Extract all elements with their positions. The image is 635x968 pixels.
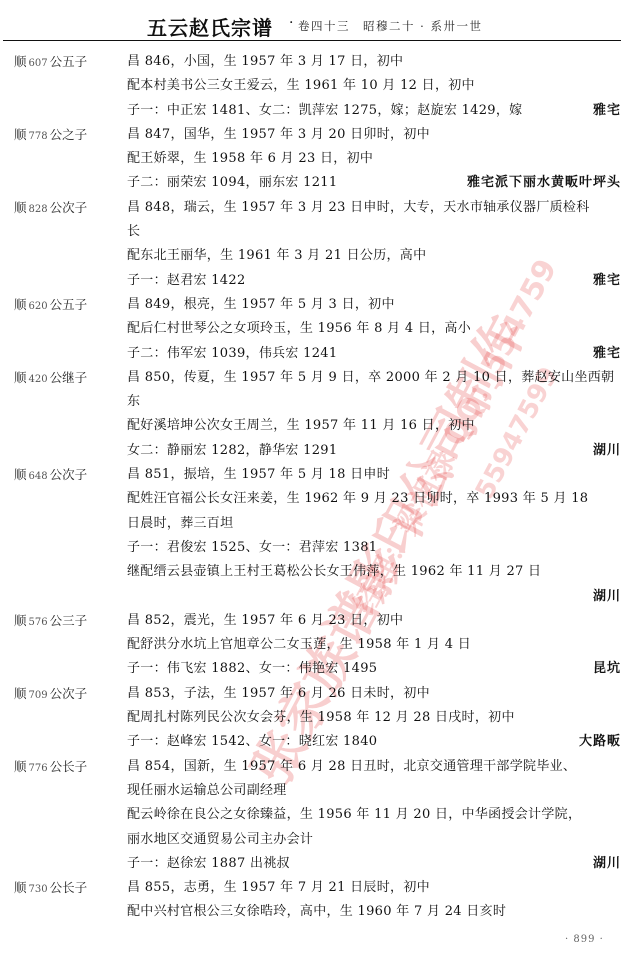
line-text: 配云岭徐在良公之女徐臻益，生 1956 年 11 月 20 日，中华函授会计学院… <box>127 807 581 822</box>
line-text: 子一：赵徐宏 1887 出祧叔 <box>127 856 290 871</box>
genealogy-entries: 顺607公五子昌 846，小国，生 1957 年 3 月 17 日，初中配本村美… <box>0 50 635 925</box>
genealogy-entry: 顺576公三子昌 852，震光，生 1957 年 6 月 23 日，初中配舒洪分… <box>0 609 635 682</box>
parent-number: 576 <box>29 617 48 628</box>
entry-line: 日晨时，葬三百坦 <box>127 512 621 536</box>
parent-number: 607 <box>29 58 48 69</box>
entry-line: 子一：君俊宏 1525、女一：君萍宏 1381 <box>127 536 621 560</box>
parent-relation: 公长子 <box>50 759 88 774</box>
line-text: 昌 853，子法，生 1957 年 6 月 26 日未时，初中 <box>127 686 430 701</box>
entry-body: 昌 849，根亮，生 1957 年 5 月 3 日，初中配后仁村世琴公之女项玲玉… <box>127 293 621 366</box>
entry-line: 配姓汪官福公长女汪来姜，生 1962 年 9 月 23 日卯时，卒 1993 年… <box>127 487 621 511</box>
line-text: 日晨时，葬三百坦 <box>127 516 233 531</box>
parent-relation: 公之子 <box>50 127 88 142</box>
line-text: 配本村美书公三女王爱云，生 1961 年 10 月 12 日，初中 <box>127 78 475 93</box>
entry-body: 昌 852，震光，生 1957 年 6 月 23 日，初中配舒洪分水坑上官旭章公… <box>127 609 621 682</box>
parent-prefix: 顺 <box>14 759 27 774</box>
line-text: 配好溪培坤公次女王周兰，生 1957 年 11 月 16 日，初中 <box>127 418 475 433</box>
line-text: 昌 848，瑞云，生 1957 年 3 月 23 日申时，大专，天水市轴承仪器厂… <box>127 200 590 215</box>
line-text: 长 <box>127 224 140 239</box>
genealogy-entry: 顺778公之子昌 847，国华，生 1957 年 3 月 20 日卯时，初中配王… <box>0 123 635 196</box>
entry-line: 配周扎村陈列民公次女会芬，生 1958 年 12 月 28 日戌时，初中 <box>127 706 621 730</box>
genealogy-entry: 顺648公次子昌 851，振培，生 1957 年 5 月 18 日申时配姓汪官福… <box>0 463 635 609</box>
entry-line: 昌 849，根亮，生 1957 年 5 月 3 日，初中 <box>127 293 621 317</box>
entry-line: 子一：赵君宏 1422雅宅 <box>127 269 621 293</box>
entry-body: 昌 855，志勇，生 1957 年 7 月 21 日辰时，初中配中兴村官根公三女… <box>127 876 621 925</box>
residence-place: 湖川 <box>593 585 621 609</box>
parent-reference: 顺420公继子 <box>14 366 87 392</box>
entry-line: 子一：赵峰宏 1542、女一：晓红宏 1840大路畈 <box>127 730 621 754</box>
parent-relation: 公三子 <box>50 613 88 628</box>
entry-line: 昌 852，震光，生 1957 年 6 月 23 日，初中 <box>127 609 621 633</box>
parent-number: 730 <box>29 884 48 895</box>
parent-number: 420 <box>29 374 48 385</box>
entry-line: 配本村美书公三女王爱云，生 1961 年 10 月 12 日，初中 <box>127 74 621 98</box>
entry-line: 配东北王丽华，生 1961 年 3 月 21 日公历，高中 <box>127 244 621 268</box>
parent-number: 648 <box>29 471 48 482</box>
parent-reference: 顺648公次子 <box>14 463 87 489</box>
residence-place: 雅宅派下丽水黄畈叶坪头 <box>467 171 621 195</box>
genealogy-entry: 顺620公五子昌 849，根亮，生 1957 年 5 月 3 日，初中配后仁村世… <box>0 293 635 366</box>
entry-line: 现任丽水运输总公司副经理 <box>127 779 621 803</box>
entry-line: 配好溪培坤公次女王周兰，生 1957 年 11 月 16 日，初中 <box>127 414 621 438</box>
parent-reference: 顺709公次子 <box>14 682 87 708</box>
entry-line: 昌 848，瑞云，生 1957 年 3 月 23 日申时，大专，天水市轴承仪器厂… <box>127 196 621 220</box>
line-text: 配后仁村世琴公之女项玲玉，生 1956 年 8 月 4 日，高小 <box>127 321 471 336</box>
entry-line: 昌 853，子法，生 1957 年 6 月 26 日未时，初中 <box>127 682 621 706</box>
line-text: 子一：伟飞宏 1882、女一：伟艳宏 1495 <box>127 661 377 676</box>
line-text: 昌 850，传夏，生 1957 年 5 月 9 日，卒 2000 年 2 月 1… <box>127 370 614 385</box>
entry-line: 子一：伟飞宏 1882、女一：伟艳宏 1495昆坑 <box>127 657 621 681</box>
line-text: 昌 846，小国，生 1957 年 3 月 17 日，初中 <box>127 54 403 69</box>
page-number: · 899 · <box>565 934 604 945</box>
line-text: 配东北王丽华，生 1961 年 3 月 21 日公历，高中 <box>127 248 426 263</box>
line-text: 子一：君俊宏 1525、女一：君萍宏 1381 <box>127 540 377 555</box>
line-text: 现任丽水运输总公司副经理 <box>127 783 287 798</box>
parent-reference: 顺778公之子 <box>14 123 87 149</box>
entry-line: 昌 850，传夏，生 1957 年 5 月 9 日，卒 2000 年 2 月 1… <box>127 366 621 390</box>
parent-prefix: 顺 <box>14 127 27 142</box>
genealogy-entry: 顺607公五子昌 846，小国，生 1957 年 3 月 17 日，初中配本村美… <box>0 50 635 123</box>
entry-line: 女二：静丽宏 1282，静华宏 1291湖川 <box>127 439 621 463</box>
entry-line: 配王娇翠，生 1958 年 6 月 23 日，初中 <box>127 147 621 171</box>
line-text: 配姓汪官福公长女汪来姜，生 1962 年 9 月 23 日卯时，卒 1993 年… <box>127 491 588 506</box>
parent-number: 828 <box>29 204 48 215</box>
residence-place: 雅宅 <box>593 342 621 366</box>
parent-reference: 顺576公三子 <box>14 609 87 635</box>
entry-line: 配云岭徐在良公之女徐臻益，生 1956 年 11 月 20 日，中华函授会计学院… <box>127 803 621 827</box>
parent-relation: 公五子 <box>50 54 88 69</box>
entry-body: 昌 848，瑞云，生 1957 年 3 月 23 日申时，大专，天水市轴承仪器厂… <box>127 196 621 293</box>
entry-line: 配中兴村官根公三女徐晧玲，高中，生 1960 年 7 月 24 日亥时 <box>127 900 621 924</box>
entry-line: 昌 855，志勇，生 1957 年 7 月 21 日辰时，初中 <box>127 876 621 900</box>
title-separator: · <box>289 15 293 31</box>
line-text: 子二：丽荣宏 1094，丽东宏 1211 <box>127 175 337 190</box>
line-text: 子一：中正宏 1481、女二：凯萍宏 1275，嫁；赵旋宏 1429，嫁 <box>127 103 522 118</box>
parent-relation: 公继子 <box>50 370 88 385</box>
residence-place: 昆坑 <box>593 657 621 681</box>
line-text: 昌 851，振培，生 1957 年 5 月 18 日申时 <box>127 467 390 482</box>
genealogy-entry: 顺828公次子昌 848，瑞云，生 1957 年 3 月 23 日申时，大专，天… <box>0 196 635 293</box>
entry-body: 昌 846，小国，生 1957 年 3 月 17 日，初中配本村美书公三女王爱云… <box>127 50 621 123</box>
line-text: 昌 849，根亮，生 1957 年 5 月 3 日，初中 <box>127 297 395 312</box>
line-text: 子一：赵君宏 1422 <box>127 273 246 288</box>
line-text: 子二：伟军宏 1039，伟兵宏 1241 <box>127 346 337 361</box>
entry-line: 昌 846，小国，生 1957 年 3 月 17 日，初中 <box>127 50 621 74</box>
line-text: 配舒洪分水坑上官旭章公二女玉莲，生 1958 年 1 月 4 日 <box>127 637 471 652</box>
line-text: 继配缙云县壶镇上王村王葛松公长女王伟萍，生 1962 年 11 月 27 日 <box>127 564 541 579</box>
entry-line: 子一：中正宏 1481、女二：凯萍宏 1275，嫁；赵旋宏 1429，嫁雅宅 <box>127 99 621 123</box>
parent-relation: 公次子 <box>50 686 88 701</box>
line-text: 子一：赵峰宏 1542、女一：晓红宏 1840 <box>127 734 377 749</box>
parent-reference: 顺620公五子 <box>14 293 87 319</box>
line-text: 东 <box>127 394 140 409</box>
parent-reference: 顺730公长子 <box>14 876 87 902</box>
entry-line: 配舒洪分水坑上官旭章公二女玉莲，生 1958 年 1 月 4 日 <box>127 633 621 657</box>
entry-line: 子一：赵徐宏 1887 出祧叔湖川 <box>127 852 621 876</box>
parent-reference: 顺607公五子 <box>14 50 87 76</box>
volume-subtitle: 卷四十三 昭穆二十 · 系卅一世 <box>298 18 482 34</box>
parent-prefix: 顺 <box>14 613 27 628</box>
line-text: 昌 852，震光，生 1957 年 6 月 23 日，初中 <box>127 613 403 628</box>
parent-prefix: 顺 <box>14 200 27 215</box>
header-divider <box>3 40 621 41</box>
line-text: 昌 847，国华，生 1957 年 3 月 20 日卯时，初中 <box>127 127 430 142</box>
residence-place: 大路畈 <box>579 730 621 754</box>
parent-reference: 顺828公次子 <box>14 196 87 222</box>
entry-line: 昌 854，国新，生 1957 年 6 月 28 日丑时，北京交通管理干部学院毕… <box>127 755 621 779</box>
entry-body: 昌 853，子法，生 1957 年 6 月 26 日未时，初中配周扎村陈列民公次… <box>127 682 621 755</box>
line-text: 女二：静丽宏 1282，静华宏 1291 <box>127 443 337 458</box>
parent-relation: 公长子 <box>50 880 88 895</box>
entry-body: 昌 854，国新，生 1957 年 6 月 28 日丑时，北京交通管理干部学院毕… <box>127 755 621 876</box>
book-title: 五云赵氏宗谱 <box>147 12 273 41</box>
parent-reference: 顺776公长子 <box>14 755 87 781</box>
entry-line: 东 <box>127 390 621 414</box>
entry-body: 昌 851，振培，生 1957 年 5 月 18 日申时配姓汪官福公长女汪来姜，… <box>127 463 621 609</box>
line-text: 配中兴村官根公三女徐晧玲，高中，生 1960 年 7 月 24 日亥时 <box>127 904 506 919</box>
entry-line: 继配缙云县壶镇上王村王葛松公长女王伟萍，生 1962 年 11 月 27 日 <box>127 560 621 584</box>
parent-relation: 公次子 <box>50 467 88 482</box>
parent-number: 620 <box>29 301 48 312</box>
genealogy-entry: 顺776公长子昌 854，国新，生 1957 年 6 月 28 日丑时，北京交通… <box>0 755 635 876</box>
entry-line: 湖川 <box>127 585 621 609</box>
entry-line: 昌 847，国华，生 1957 年 3 月 20 日卯时，初中 <box>127 123 621 147</box>
parent-number: 709 <box>29 690 48 701</box>
parent-prefix: 顺 <box>14 467 27 482</box>
entry-line: 配后仁村世琴公之女项玲玉，生 1956 年 8 月 4 日，高小 <box>127 317 621 341</box>
entry-body: 昌 850，传夏，生 1957 年 5 月 9 日，卒 2000 年 2 月 1… <box>127 366 621 463</box>
genealogy-entry: 顺420公继子昌 850，传夏，生 1957 年 5 月 9 日，卒 2000 … <box>0 366 635 463</box>
entry-line: 昌 851，振培，生 1957 年 5 月 18 日申时 <box>127 463 621 487</box>
parent-prefix: 顺 <box>14 297 27 312</box>
parent-prefix: 顺 <box>14 370 27 385</box>
entry-body: 昌 847，国华，生 1957 年 3 月 20 日卯时，初中配王娇翠，生 19… <box>127 123 621 196</box>
residence-place: 湖川 <box>593 852 621 876</box>
parent-number: 778 <box>29 131 48 142</box>
entry-line: 子二：丽荣宏 1094，丽东宏 1211雅宅派下丽水黄畈叶坪头 <box>127 171 621 195</box>
parent-relation: 公五子 <box>50 297 88 312</box>
line-text: 丽水地区交通贸易公司主办会计 <box>127 832 313 847</box>
residence-place: 雅宅 <box>593 99 621 123</box>
entry-line: 丽水地区交通贸易公司主办会计 <box>127 828 621 852</box>
parent-number: 776 <box>29 763 48 774</box>
residence-place: 湖川 <box>593 439 621 463</box>
page-header: 五云赵氏宗谱 · 卷四十三 昭穆二十 · 系卅一世 <box>0 0 635 42</box>
entry-line: 子二：伟军宏 1039，伟兵宏 1241雅宅 <box>127 342 621 366</box>
parent-prefix: 顺 <box>14 686 27 701</box>
line-text: 配周扎村陈列民公次女会芬，生 1958 年 12 月 28 日戌时，初中 <box>127 710 515 725</box>
residence-place: 雅宅 <box>593 269 621 293</box>
genealogy-entry: 顺709公次子昌 853，子法，生 1957 年 6 月 26 日未时，初中配周… <box>0 682 635 755</box>
parent-prefix: 顺 <box>14 54 27 69</box>
genealogy-entry: 顺730公长子昌 855，志勇，生 1957 年 7 月 21 日辰时，初中配中… <box>0 876 635 925</box>
line-text: 配王娇翠，生 1958 年 6 月 23 日，初中 <box>127 151 373 166</box>
parent-relation: 公次子 <box>50 200 88 215</box>
parent-prefix: 顺 <box>14 880 27 895</box>
entry-line: 长 <box>127 220 621 244</box>
line-text: 昌 855，志勇，生 1957 年 7 月 21 日辰时，初中 <box>127 880 430 895</box>
line-text: 昌 854，国新，生 1957 年 6 月 28 日丑时，北京交通管理干部学院毕… <box>127 759 576 774</box>
